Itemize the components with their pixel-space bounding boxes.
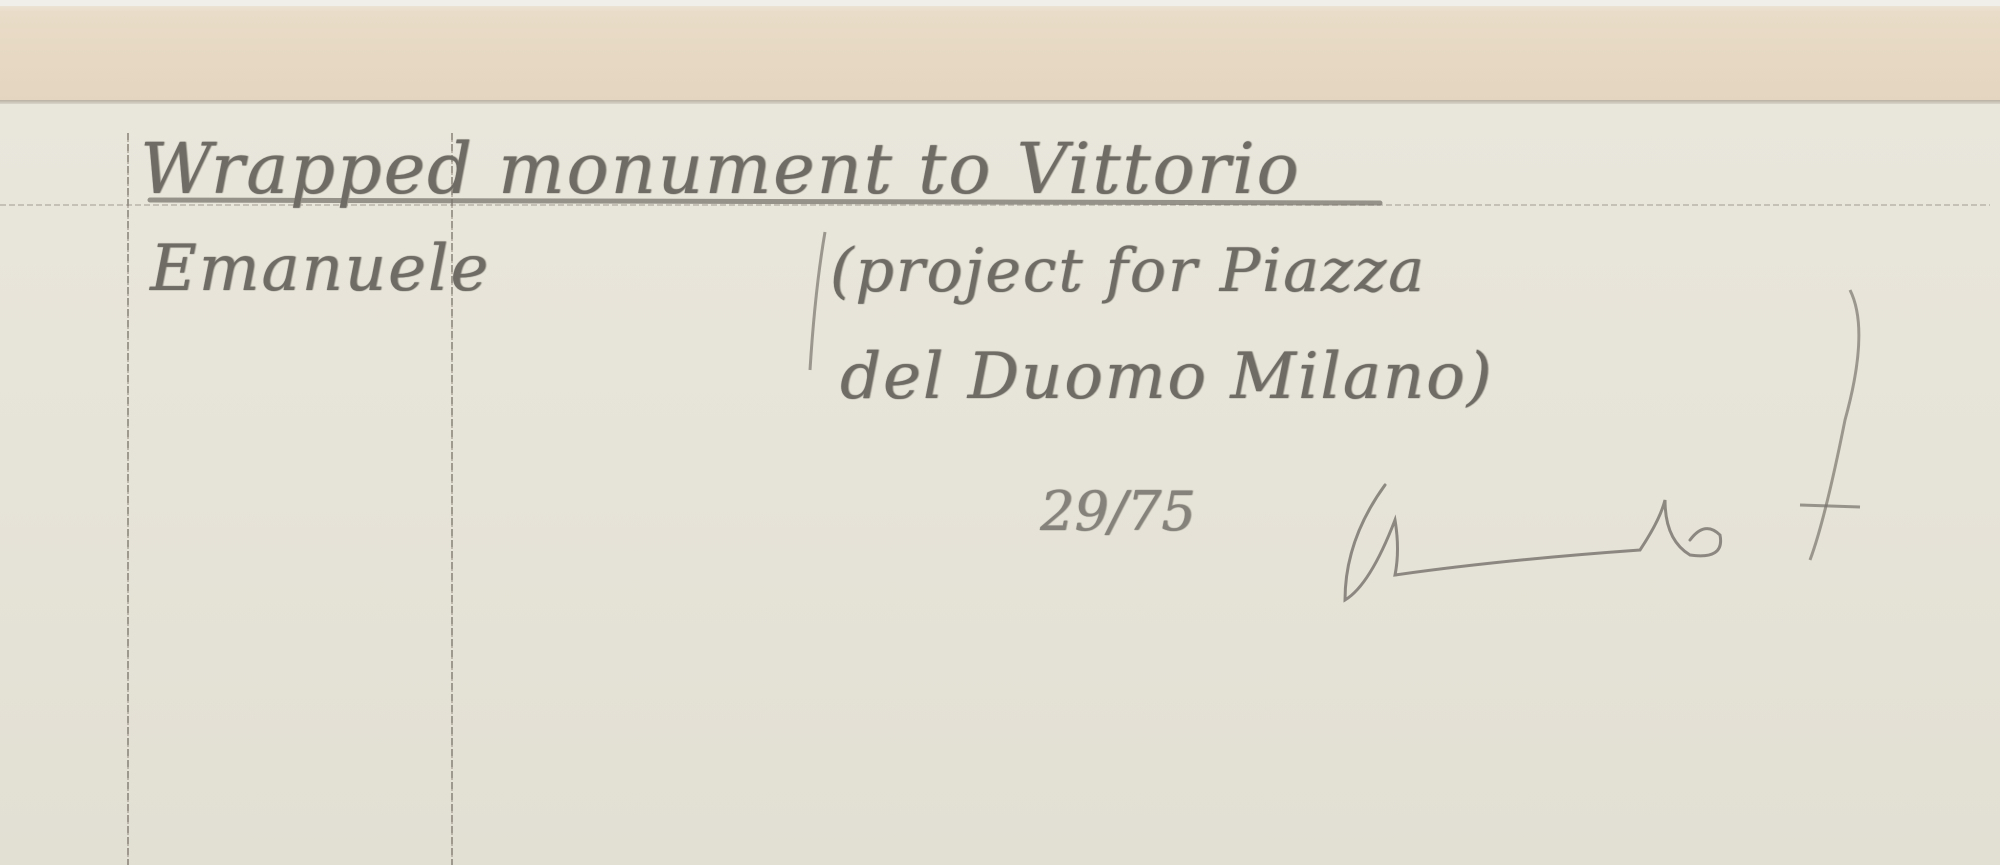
- inscription-line2-left: Emanuele: [150, 232, 490, 306]
- inscription-line1: Wrapped monument to Vittorio: [140, 128, 1301, 210]
- inscription-line2-right: (project for Piazza: [830, 236, 1426, 306]
- edition-number: 29/75: [1040, 480, 1196, 543]
- inscription-line3: del Duomo Milano): [840, 340, 1494, 414]
